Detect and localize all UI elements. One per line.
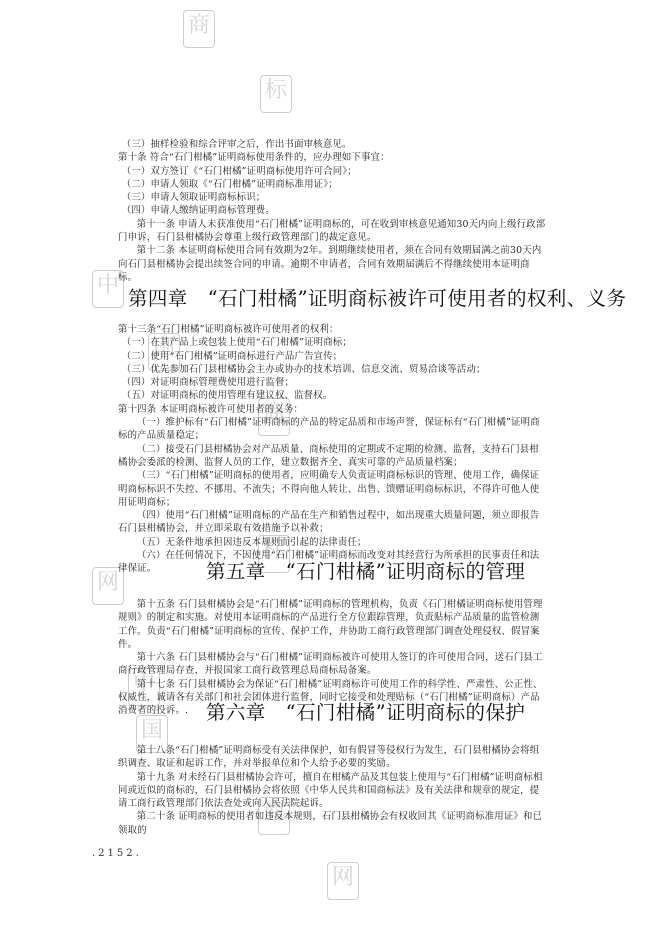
paragraph: （二）接受石门县柑橘协会对产品质量、商标使用的定期或不定期的检测、监督，支持石门… bbox=[118, 443, 548, 470]
paragraph: （一）维护标有“石门柑橘”证明商标的产品的特定品质和市场声誉，保证标有“石门柑橘… bbox=[118, 416, 548, 443]
paragraph: （一）在其产品上或包装上使用“石门柑橘”证明商标； bbox=[118, 336, 548, 349]
paragraph: （四）对证明商标管理费使用进行监督； bbox=[118, 376, 548, 389]
paragraph: （二）申请人领取《“石门柑橘”证明商标准用证》； bbox=[118, 178, 548, 191]
paragraph: 第十二条 本证明商标使用合同有效期为2年。到期继续使用者，须在合同有效期届满之前… bbox=[118, 244, 548, 284]
paragraph: （三）优先参加石门县柑橘协会主办或协办的技术培训、信息交流、贸易洽谈等活动； bbox=[118, 363, 548, 376]
paragraph: （三）抽样检验和综合评审之后，作出书面审核意见。 bbox=[118, 138, 548, 151]
paragraph: 第十九条 对未经石门县柑橘协会许可，擅自在柑橘产品及其包装上使用与“石门柑橘”证… bbox=[118, 771, 548, 811]
section-top: （三）抽样检验和综合评审之后，作出书面审核意见。第十条 符合“石门柑橘”证明商标… bbox=[118, 138, 548, 284]
paragraph: 第十三条“石门柑橘”证明商标被许可使用者的权利： bbox=[118, 323, 548, 336]
chapter-5-title: 第五章 “石门柑橘”证明商标的管理 bbox=[206, 559, 525, 585]
paragraph: （二）使用“石门柑橘”证明商标进行产品广告宣传； bbox=[118, 350, 548, 363]
paragraph: （四）使用“石门柑橘”证明商标的产品在生产和销售过程中，如出现重大质量问题，须立… bbox=[118, 509, 548, 536]
chapter-4-body: 第十三条“石门柑橘”证明商标被许可使用者的权利：（一）在其产品上或包装上使用“石… bbox=[118, 323, 548, 576]
paragraph: （三）“石门柑橘”证明商标的使用者，应明确专人负责证明商标标识的管理、使用工作，… bbox=[118, 469, 548, 509]
chapter-6-title: 第六章 “石门柑橘”证明商标的保护 bbox=[206, 700, 525, 726]
paragraph: 第十条 符合“石门柑橘”证明商标使用条件的，应办理如下事宜： bbox=[118, 151, 548, 164]
paragraph: 第十四条 本证明商标被许可使用者的义务： bbox=[118, 403, 548, 416]
watermark-icon: 商 bbox=[183, 10, 215, 48]
paragraph: （一）双方签订《“石门柑橘”证明商标使用许可合同》； bbox=[118, 165, 548, 178]
paragraph: 第十一条 申请人未获准使用“石门柑橘”证明商标的，可在收到审核意见通知30天内向… bbox=[118, 218, 548, 245]
paragraph: 第十六条 石门县柑橘协会与“石门柑橘”证明商标被许可使用人签订的许可使用合同，送… bbox=[118, 651, 548, 678]
chapter-4-title: 第四章 “石门柑橘”证明商标被许可使用者的权利、义务 bbox=[128, 286, 626, 312]
paragraph: （五）对证明商标的使用管理有建议权、监督权。 bbox=[118, 389, 548, 402]
document-page: 商标中国商标网中国商网 （三）抽样检验和综合评审之后，作出书面审核意见。第十条 … bbox=[0, 0, 660, 943]
paragraph: 第十八条“石门柑橘”证明商标受有关法律保护，如有假冒等侵权行为发生，石门县柑橘协… bbox=[118, 744, 548, 771]
paragraph: （五）无条件地承担因违反本规则而引起的法律责任； bbox=[118, 536, 548, 549]
paragraph: （三）申请人领取证明商标标识； bbox=[118, 191, 548, 204]
watermark-icon: 标 bbox=[260, 75, 292, 113]
watermark-icon: 网 bbox=[327, 862, 359, 900]
paragraph: 第二十条 证明商标的使用者如违反本规则，石门县柑橘协会有权收回其《证明商标准用证… bbox=[118, 810, 548, 837]
paragraph: 第十五条 石门县柑橘协会是“石门柑橘”证明商标的管理机构，负责《石门柑橘证明商标… bbox=[118, 598, 548, 651]
paragraph: （四）申请人缴纳证明商标管理费。 bbox=[118, 204, 548, 217]
page-number: .2152. bbox=[92, 848, 142, 859]
chapter-6-body: 第十八条“石门柑橘”证明商标受有关法律保护，如有假冒等侵权行为发生，石门县柑橘协… bbox=[118, 744, 548, 837]
